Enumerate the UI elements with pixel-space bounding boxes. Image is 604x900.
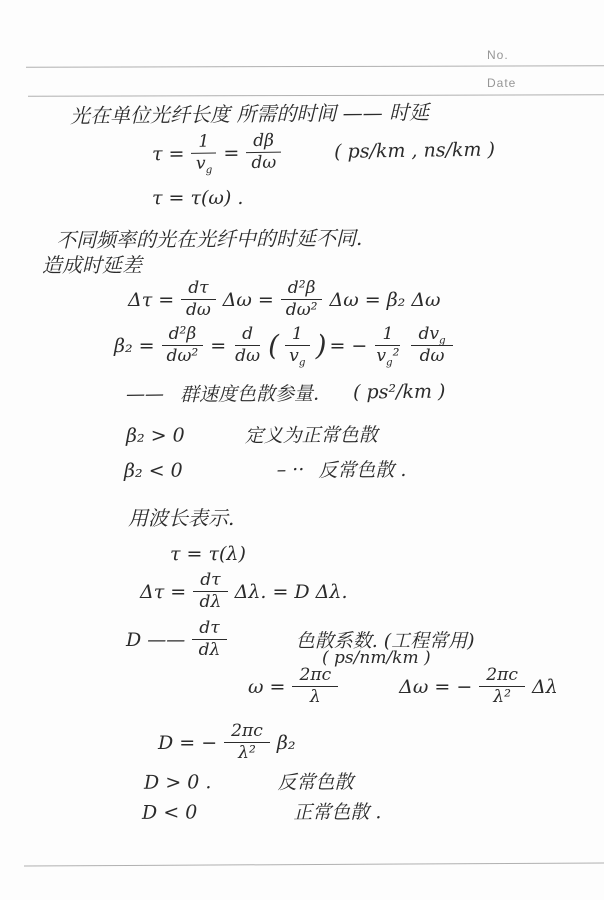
no-label: No. [487,48,509,62]
math-text: 光在单位光纤长度 所需的时间 —— 时延 [70,96,429,129]
math-text: ( ps²/km ) [353,380,446,403]
fraction: d²βdω² [281,279,323,320]
fraction: dτdλ [192,619,226,660]
math-text: dω² [167,346,199,366]
spacer [343,686,397,687]
math-text: vg² [376,346,399,366]
fraction: 1vg [285,325,310,366]
math-text: 反常色散 [277,767,353,795]
math-text: Δω = β₂ Δω [329,289,440,311]
text-D-negative: D < 0正常色散 . [140,797,384,826]
math-text: τ = τ(λ) [170,543,246,565]
spacer [166,393,178,394]
math-text: 2πc [486,665,518,685]
math-text: Δτ = [140,581,186,603]
math-text: τ = τ(ω) . [152,187,243,209]
math-text: – ·· [277,458,305,480]
spacer [306,469,316,470]
text-beta2-positive: β₂ > 0定义为正常色散 [124,420,380,449]
math-text: D = − [158,732,217,754]
date-label: Date [487,76,516,90]
formula-delta-tau-omega: Δτ =dτdωΔω =d²βdω²Δω = β₂ Δω [126,279,443,320]
math-text: τ = [152,143,185,165]
spacer [232,639,294,640]
math-text: ( ps/km , ns/km ) [334,138,495,162]
spacer [187,434,243,435]
math-text: d²β [169,324,197,344]
fraction: d²βdω² [162,325,204,366]
math-text: 1 [198,132,209,152]
math-text: d²β [288,278,316,298]
math-text: dω² [286,300,318,320]
spacer [199,811,291,813]
text-express-in-wavelength: 用波长表示. [126,502,236,531]
math-text: dλ [200,592,222,612]
fraction: dτdω [181,279,215,320]
math-text: λ² [493,687,511,707]
formula-tau-definition: τ =1vg=dβdω( ps/km , ns/km ) [150,129,497,175]
formula-tau-of-omega: τ = τ(ω) . [150,187,245,209]
text-gvd-parameter: ——群速度色散参量.( ps²/km ) [124,378,448,408]
math-text: Δλ [532,676,558,698]
text-beta2-negative: β₂ < 0– ··反常色散 . [122,455,409,484]
math-text: d [242,324,253,344]
math-text: 定义为正常色散 [245,420,378,448]
text-units-ps-nm-km: ( ps/nm/km ) [320,648,433,668]
math-text: dτ [200,570,220,590]
math-text: vg [289,346,305,366]
spacer [286,151,332,153]
math-text: dτ [188,278,208,298]
formula-delta-tau-lambda: Δτ =dτdλΔλ. = D Δλ. [138,571,350,612]
math-text: dβ [253,131,274,151]
math-text: 造成时延差 [42,249,142,278]
math-text: λ [310,687,321,707]
fraction: dβdω [246,132,281,174]
spacer [185,469,275,471]
math-text: vg [196,154,213,174]
text-D-positive: D > 0 .反常色散 [142,767,356,795]
math-text: —— [126,383,164,405]
math-text: β₂ = [114,335,155,357]
math-text: D —— [126,629,185,651]
math-text: = [223,142,239,164]
fraction: dvgdω [411,325,452,366]
fraction: 1vg² [374,325,401,366]
math-text: ) [316,330,327,362]
footer-rule [24,862,604,866]
header-rule-top [26,65,604,68]
math-text: Δω = − [399,676,472,698]
math-text: dω [420,346,445,366]
notebook-page: No. Date 光在单位光纤长度 所需的时间 —— 时延τ =1vg=dβdω… [0,0,604,900]
fraction: dτdλ [193,571,227,612]
math-text: 2πc [231,721,263,741]
math-text: Δω = [223,289,274,311]
math-text: 1 [292,324,303,344]
math-text: ( [268,330,279,362]
math-text: β₂ < 0 [124,459,183,481]
math-text: = − [329,335,367,357]
spacer [321,391,351,392]
math-text: dλ [199,640,221,660]
math-text: 2πc [299,665,331,685]
math-text: dτ [199,618,219,638]
math-text: 反常色散 . [318,455,406,483]
fraction: 2πcλ² [224,722,270,763]
math-text: 群速度色散参量. [180,379,319,407]
math-text: 正常色散 . [293,797,381,825]
math-text: dω [186,300,211,320]
text-delay-difference: 造成时延差 [40,249,144,278]
math-text: 1 [382,324,393,344]
math-text: dvg [418,324,445,344]
math-text: dω [251,153,276,173]
fraction: ddω [233,325,262,366]
math-text: D > 0 . [144,771,212,793]
formula-tau-of-lambda: τ = τ(λ) [168,543,248,565]
math-text: Δλ. = D Δλ. [235,581,348,603]
formula-D-beta2-relation: D = −2πcλ²β₂ [156,722,297,763]
math-text: λ² [238,743,256,763]
math-text: β₂ > 0 [126,424,185,446]
math-text: = [210,335,226,357]
math-text: 用波长表示. [128,502,234,531]
math-text: ω = [248,676,285,698]
fraction: 1vg [191,132,216,174]
title-delay-definition: 光在单位光纤长度 所需的时间 —— 时延 [68,96,431,129]
formula-beta2-definition: β₂ =d²βdω²=ddω(1vg)= −1vg²dvgdω [112,325,458,366]
math-text: Δτ = [128,289,174,311]
math-text: dω [235,346,260,366]
math-text: D < 0 [142,801,197,823]
math-text: β₂ [277,732,296,754]
fraction: 2πcλ² [479,666,525,707]
fraction: 2πcλ [292,666,338,707]
spacer [213,781,275,782]
math-text: ( ps/nm/km ) [322,648,431,668]
formula-omega-lambda-relation: ω =2πcλΔω = −2πcλ²Δλ [246,666,560,707]
